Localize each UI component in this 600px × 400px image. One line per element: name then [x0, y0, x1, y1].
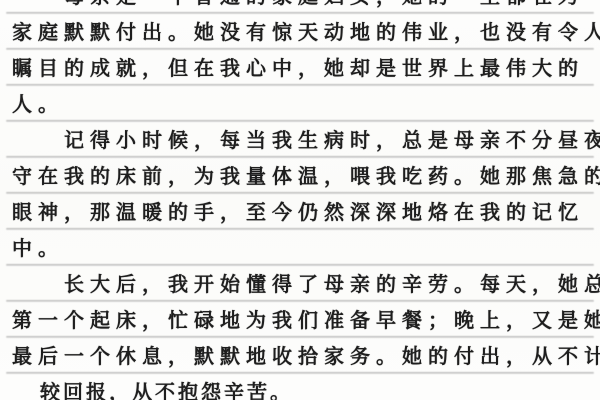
ruled-line: [6, 372, 594, 374]
ruled-line: [6, 120, 594, 122]
essay-line: 守在我的床前，为我量体温，喂我吃药。她那焦急的: [0, 164, 600, 188]
ruled-line: [6, 228, 594, 230]
essay-line: 最后一个休息，默默地收拾家务。她的付出，从不计: [0, 344, 600, 368]
essay-line: 人。: [0, 92, 600, 116]
essay-line: 较回报，从不抱怨辛苦。: [0, 380, 600, 400]
essay-line: 中。: [0, 236, 600, 260]
ruled-line: [6, 84, 594, 86]
ruled-line: [6, 192, 594, 194]
notebook-page: 母亲是一个普通的家庭妇女，她的一生都在为 家庭默默付出。她没有惊天动地的伟业，也…: [0, 0, 600, 400]
ruled-line: [6, 300, 594, 302]
essay-line: 瞩目的成就，但在我心中，她却是世界上最伟大的: [0, 56, 600, 80]
essay-line: 第一个起床，忙碌地为我们准备早餐；晚上，又是她: [0, 308, 600, 332]
essay-line: 长大后，我开始懂得了母亲的辛劳。每天，她总是: [0, 272, 600, 296]
essay-line: 母亲是一个普通的家庭妇女，她的一生都在为: [0, 0, 600, 8]
essay-line: 家庭默默付出。她没有惊天动地的伟业，也没有令人: [0, 20, 600, 44]
ruled-line: [6, 264, 594, 266]
ruled-line: [6, 156, 594, 158]
ruled-line: [6, 48, 594, 50]
essay-line: 记得小时候，每当我生病时，总是母亲不分昼夜地: [0, 128, 600, 152]
ruled-line: [6, 12, 594, 14]
essay-line: 眼神，那温暖的手，至今仍然深深地烙在我的记忆: [0, 200, 600, 224]
ruled-line: [6, 336, 594, 338]
